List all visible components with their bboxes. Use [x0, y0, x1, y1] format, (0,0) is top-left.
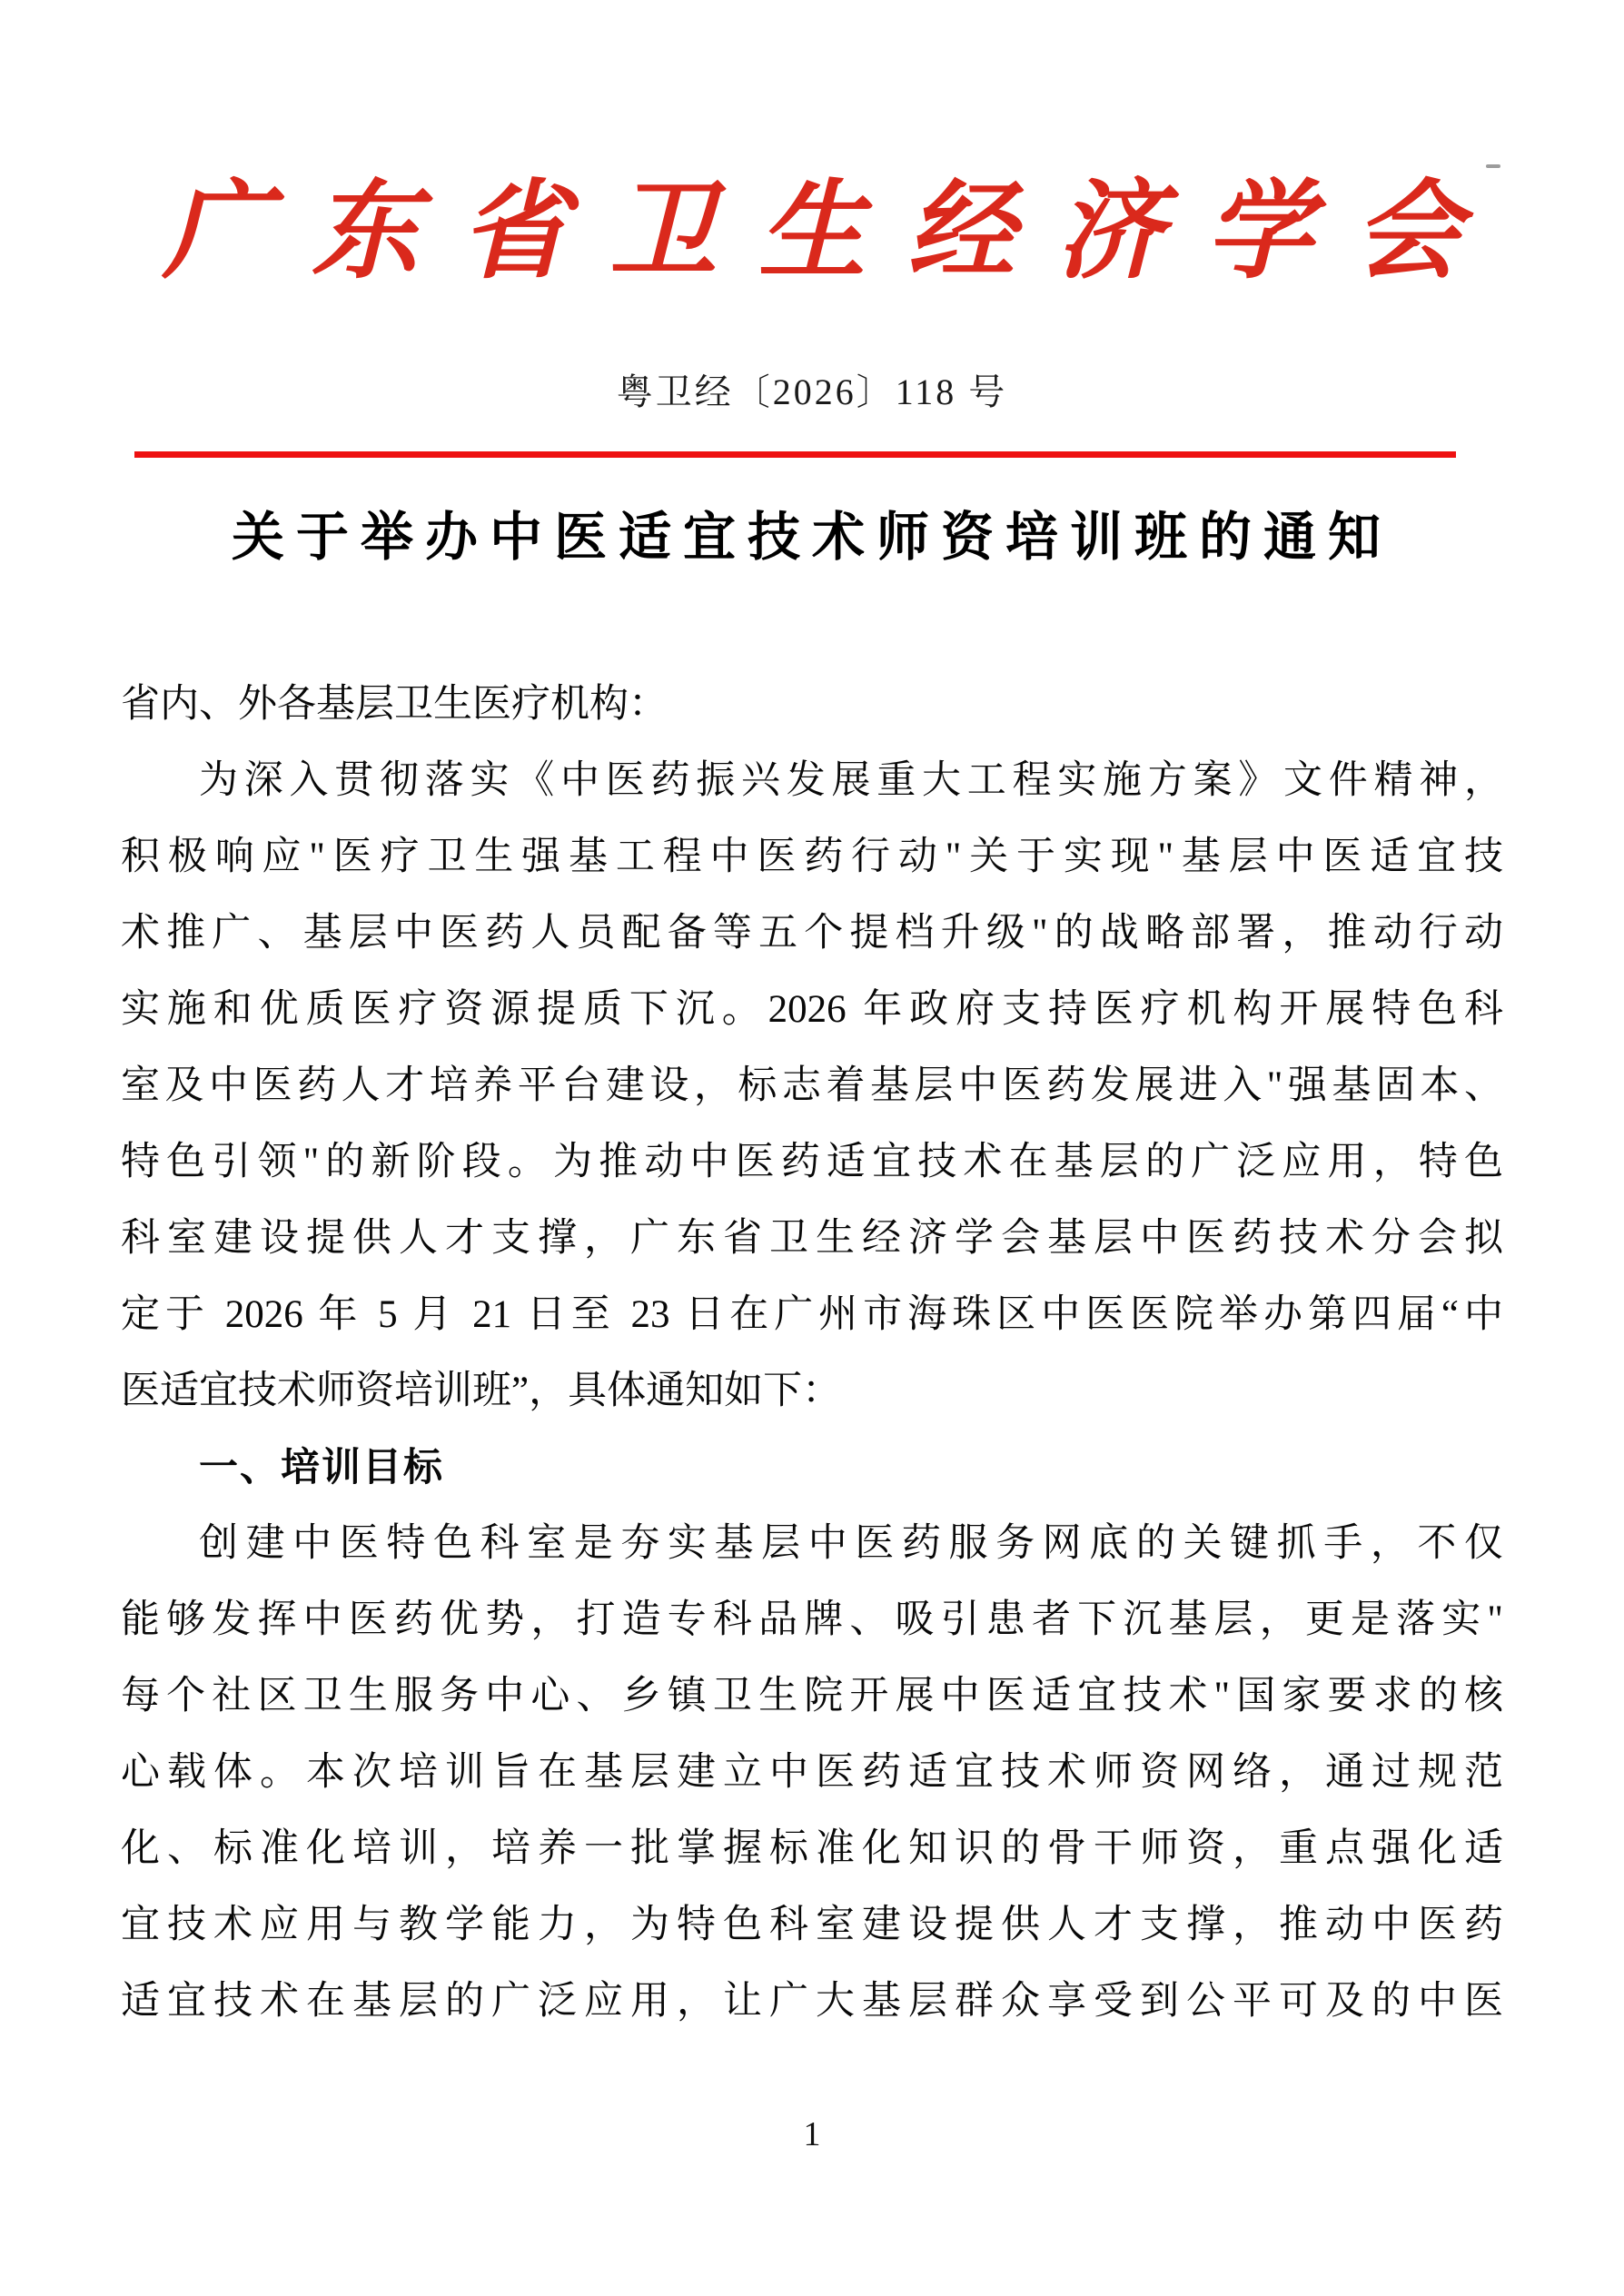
section-heading: 一、培训目标 — [121, 1430, 1503, 1506]
body-line: 积极响应"医疗卫生强基工程中医药行动"关于实现"基层中医适宜技 — [121, 819, 1503, 896]
body-line: 心载体。本次培训旨在基层建立中医药适宜技术师资网络，通过规范 — [121, 1735, 1503, 1811]
body-line: 每个社区卫生服务中心、乡镇卫生院开展中医适宜技术"国家要求的核 — [121, 1658, 1503, 1735]
body-line: 适宜技术在基层的广泛应用，让广大基层群众享受到公平可及的中医 — [121, 1964, 1503, 2040]
body-line: 科室建设提供人才支撑，广东省卫生经济学会基层中医药技术分会拟 — [121, 1201, 1503, 1277]
body-line: 定于 2026 年 5 月 21 日至 23 日在广州市海珠区中医医院举办第四届… — [121, 1277, 1503, 1353]
red-divider-rule — [134, 451, 1456, 458]
document-number: 粤卫经〔2026〕118 号 — [0, 369, 1624, 416]
body-line: 化、标准化培训，培养一批掌握标准化知识的骨干师资，重点强化适 — [121, 1811, 1503, 1887]
letterhead-org-title: 广东省卫生经济学会 — [0, 169, 1624, 296]
body-line: 省内、外各基层卫生医疗机构： — [121, 667, 1503, 743]
body-line: 医适宜技术师资培训班”，具体通知如下： — [121, 1353, 1503, 1430]
page-number: 1 — [0, 2109, 1624, 2160]
body-line: 为深入贯彻落实《中医药振兴发展重大工程实施方案》文件精神， — [121, 743, 1503, 819]
body-line: 特色引领"的新阶段。为推动中医药适宜技术在基层的广泛应用，特色 — [121, 1124, 1503, 1201]
body-line: 术推广、基层中医药人员配备等五个提档升级"的战略部署，推动行动 — [121, 896, 1503, 972]
body-line: 实施和优质医疗资源提质下沉。2026 年政府支持医疗机构开展特色科 — [121, 972, 1503, 1048]
body-line: 室及中医药人才培养平台建设，标志着基层中医药发展进入"强基固本、 — [121, 1048, 1503, 1124]
document-title: 关于举办中医适宜技术师资培训班的通知 — [0, 501, 1624, 574]
scan-artifact-dash — [1486, 164, 1500, 168]
body-line: 宜技术应用与教学能力，为特色科室建设提供人才支撑，推动中医药 — [121, 1887, 1503, 1964]
document-body: 省内、外各基层卫生医疗机构：为深入贯彻落实《中医药振兴发展重大工程实施方案》文件… — [121, 667, 1503, 2040]
body-line: 创建中医特色科室是夯实基层中医药服务网底的关键抓手，不仅 — [121, 1506, 1503, 1582]
document-page: 广东省卫生经济学会 粤卫经〔2026〕118 号 关于举办中医适宜技术师资培训班… — [0, 0, 1624, 2296]
body-line: 能够发挥中医药优势，打造专科品牌、吸引患者下沉基层，更是落实" — [121, 1582, 1503, 1658]
